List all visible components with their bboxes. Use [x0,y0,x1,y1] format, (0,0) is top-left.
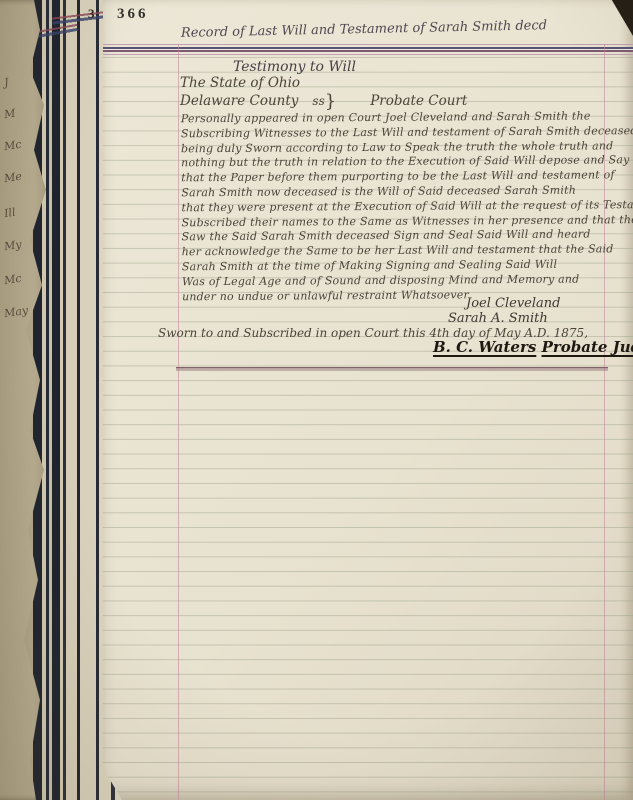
record-header-title: Record of Last Will and Testament of Sar… [103,17,625,43]
witness-signature-sarah-a-smith: Sarah A. Smith [448,311,548,326]
body-line: Saw the Said Sarah Smith deceased Sign a… [182,228,591,244]
edge-writing-fragment: My [3,236,35,254]
witness-signature-joel-cleveland: Joel Cleveland [466,296,560,311]
ledger-page: 366 Record of Last Will and Testament of… [103,0,633,800]
body-line: that the Paper before them purporting to… [181,168,615,184]
ledger-scan: 3 J M Mc Me Ill My Mc May 366 Record of … [0,0,633,800]
edge-writing-fragment: Ill [3,203,35,221]
county-name: Delaware County [180,93,298,109]
judge-signature: B. C. Waters Probate Judge [433,338,633,356]
state-caption-line: The State of Ohio [180,75,300,91]
ss-mark: ss [312,94,324,108]
body-line: nothing but the truth in relation to the… [181,154,629,170]
court-label: Probate Court [370,93,467,109]
body-line: Sarah Smith at the time of Making Signin… [182,258,557,274]
body-line: her acknowledge the Same to be her Last … [182,242,614,258]
header-rule-band [103,44,633,56]
section-heading: Testimony to Will [233,59,356,75]
edge-writing-fragment: J [3,72,35,90]
county-caption-line: Delaware Countyss}Probate Court [180,91,467,112]
body-line: Subscribing Witnesses to the Last Will a… [181,124,633,140]
judge-signature-name: B. C. Waters [433,338,536,356]
testimony-body: Personally appeared in open Court Joel C… [103,0,633,2]
edge-writing-fragment: Mc [3,136,35,154]
left-margin-line [178,44,179,800]
body-line: Sarah Smith now deceased is the Will of … [181,184,576,200]
page-number: 366 [117,6,149,23]
body-line: that they were present at the Execution … [181,198,633,214]
torn-paper-edge: J M Mc Me Ill My Mc May [0,0,56,800]
closing-rule [176,367,608,371]
underlying-page-number: 3 [88,6,96,22]
body-line: Subscribed their names to the Same as Wi… [182,213,633,229]
body-line: being duly Sworn according to Law to Spe… [181,139,613,155]
body-line: under no undue or unlawful restraint Wha… [182,288,469,303]
edge-writing-fragment: M [3,104,35,122]
judge-signature-title: Probate Judge [542,338,633,356]
edge-writing-fragment: May [3,303,35,321]
body-line: Personally appeared in open Court Joel C… [181,109,591,125]
edge-writing-fragment: Me [3,168,35,186]
ss-brace: } [325,91,336,112]
body-line: Was of Legal Age and of Sound and dispos… [182,272,579,288]
edge-writing-fragment: Mc [3,270,35,288]
